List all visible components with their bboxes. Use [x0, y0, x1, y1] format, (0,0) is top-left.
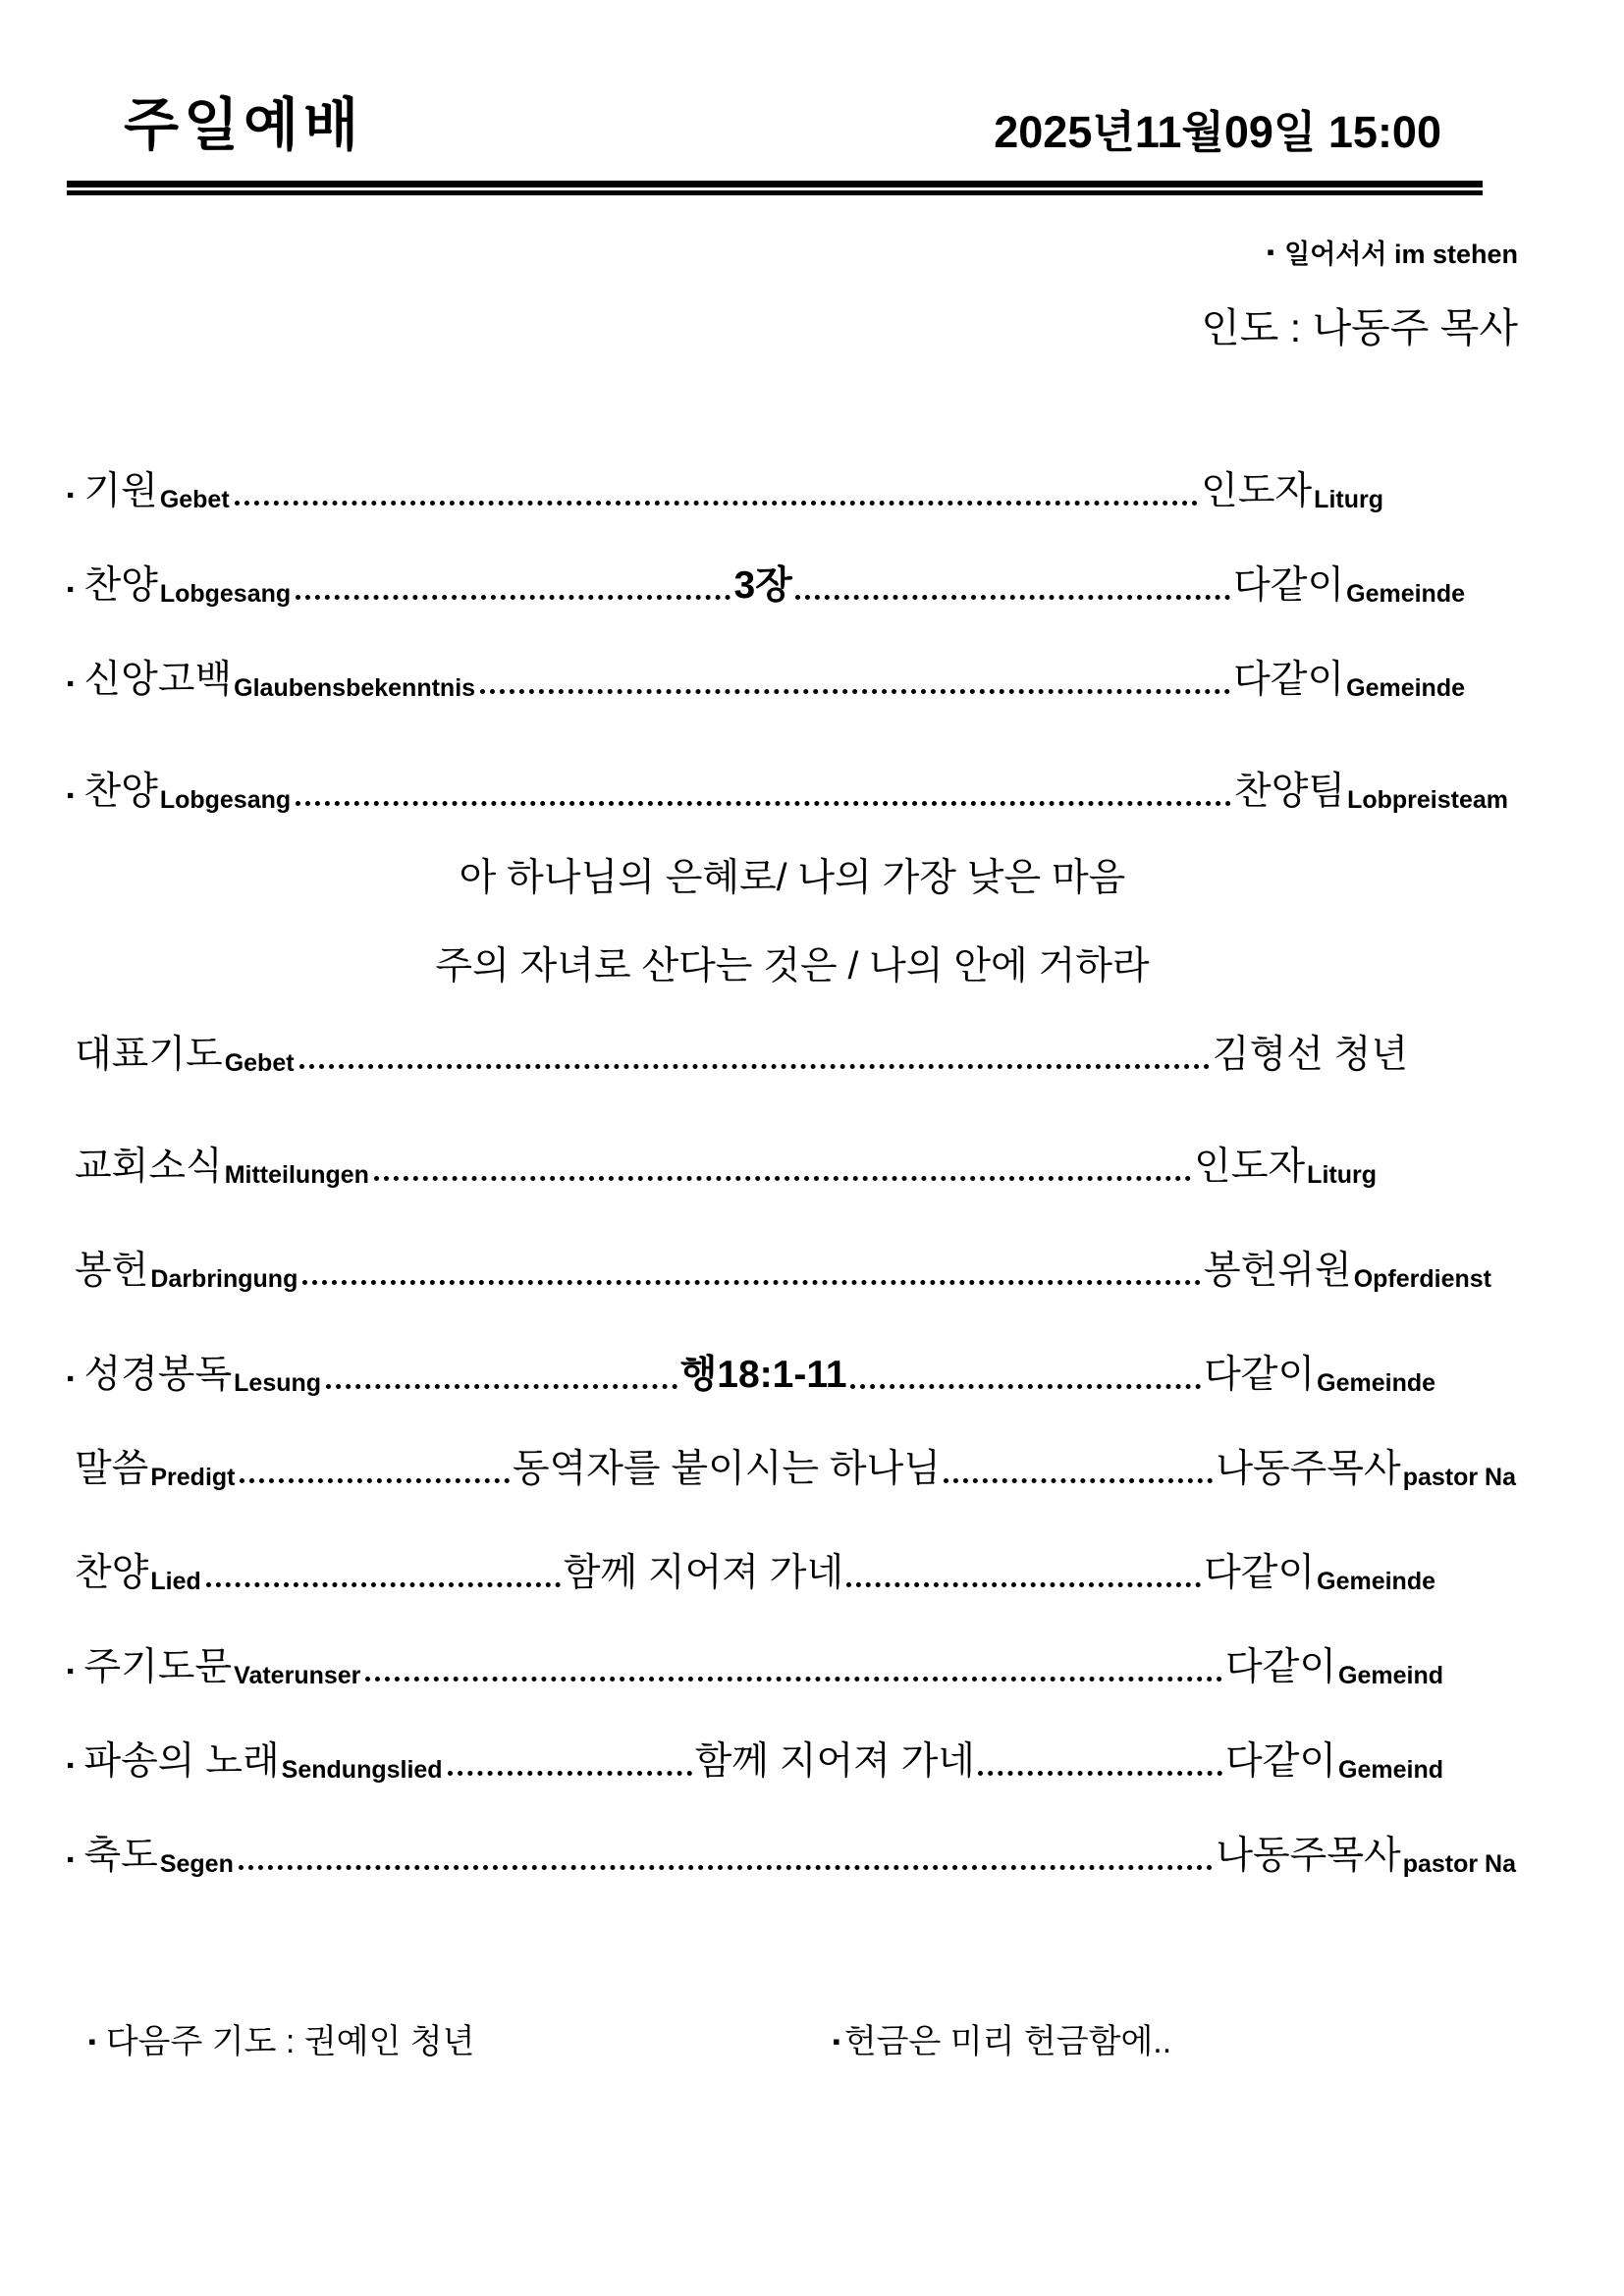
item-right-ko: 다같이 [1204, 1551, 1315, 1596]
standing-note-ko: 일어서서 [1284, 240, 1386, 269]
header-rule-bottom [67, 190, 1483, 195]
bullet-icon: ▪ [67, 673, 74, 703]
bullet-icon: ▪ [67, 485, 74, 514]
item-right-ko: 인도자 [1201, 469, 1312, 514]
bullet-icon: ▪ [67, 579, 74, 609]
item-right-ko: 찬양팀 [1234, 770, 1345, 815]
item-label-ko: 봉헌 [75, 1249, 148, 1294]
item-right-ko: 인도자 [1194, 1145, 1305, 1190]
item-label-de: Sendungslied [280, 1755, 445, 1785]
item-right-de: Gemeinde [1344, 579, 1467, 609]
dot-leader [850, 1384, 1202, 1389]
bullet-icon: ▪ [67, 1661, 74, 1690]
item-center: 함께 지어져 가네 [695, 1739, 975, 1785]
item-label-de: Segen [158, 1849, 236, 1879]
item-label-de: Lobgesang [158, 785, 293, 815]
footnote-next-week-prayer: ▪다음주 기도 : 권예인 청년 [88, 2014, 474, 2062]
dot-leader [365, 1677, 1222, 1682]
liturgy-row-predigt: 말씀 Predigt 동역자를 붙이시는 하나님 나동주목사 pastor Na [67, 1447, 1518, 1492]
dot-leader [296, 595, 731, 600]
item-label-ko: 파송의 노래 [83, 1739, 279, 1785]
item-label-ko: 교회소식 [75, 1145, 223, 1190]
dot-leader [326, 1384, 677, 1389]
item-right-de: Gemeind [1336, 1755, 1445, 1785]
liturgy-row-mitteilungen: 교회소식 Mitteilungen 인도자 Liturg [67, 1145, 1518, 1190]
item-right-ko: 나동주목사 [1216, 1447, 1400, 1492]
dot-leader [296, 801, 1231, 806]
item-center: 행18:1-11 [680, 1353, 847, 1398]
item-right-ko: 봉헌위원 [1204, 1249, 1352, 1294]
liturgy-row-darbringung: 봉헌 Darbringung 봉헌위원 Opferdienst [67, 1249, 1518, 1294]
liturgy-row-segen: ▪ 축도 Segen 나동주목사 pastor Na [67, 1834, 1518, 1879]
dot-leader [795, 595, 1230, 600]
item-right-de: Lobpreisteam [1345, 785, 1510, 815]
item-right-ko: 다같이 [1225, 1645, 1336, 1690]
standing-note: ▪일어서서 im stehen [67, 240, 1518, 270]
bullet-icon: ▪ [67, 1755, 74, 1785]
liturgy-row-lobgesang-2: ▪ 찬양 Lobgesang 찬양팀 Lobpreisteam [67, 770, 1518, 815]
song-line: 아 하나님의 은혜로/ 나의 가장 낮은 마음 [67, 856, 1518, 901]
item-right-de: Gemeinde [1315, 1368, 1437, 1398]
liturgy-row-gebet: ▪ 기원 Gebet 인도자 Liturg [67, 469, 1518, 514]
footnote-text: 헌금은 미리 헌금함에.. [844, 2023, 1171, 2060]
dot-leader [978, 1771, 1222, 1776]
item-right-de: Liturg [1312, 485, 1385, 514]
item-right-ko: 김형선 청년 [1213, 1033, 1408, 1078]
item-label-ko: 주기도문 [83, 1645, 232, 1690]
dot-leader [846, 1582, 1201, 1587]
song-line: 주의 자녀로 산다는 것은 / 나의 안에 거하라 [67, 944, 1518, 989]
item-right-ko: 나동주목사 [1216, 1834, 1400, 1879]
header: 주일예배 2025년11월09일 15:00 [67, 94, 1518, 157]
item-label-de: Darbringung [148, 1264, 299, 1294]
dot-leader [448, 1771, 692, 1776]
item-right-ko: 다같이 [1233, 658, 1344, 703]
bullet-icon: ▪ [67, 1849, 74, 1879]
bullet-icon: ▪ [67, 785, 74, 815]
dot-leader [944, 1478, 1213, 1483]
item-label-ko: 기원 [83, 469, 157, 514]
footnote-offering: ▪헌금은 미리 헌금함에.. [833, 2014, 1171, 2062]
item-label-de: Gebet [223, 1048, 297, 1078]
item-label-de: Lesung [232, 1368, 323, 1398]
dot-leader [480, 689, 1230, 694]
liturgy-row-glaubensbekenntnis: ▪ 신앙고백 Glaubensbekenntnis 다같이 Gemeinde [67, 658, 1518, 703]
item-center: 동역자를 붙이시는 하나님 [513, 1447, 941, 1492]
item-right-de: Gemeind [1336, 1661, 1445, 1690]
item-label-ko: 신앙고백 [83, 658, 232, 703]
header-rule-top [67, 181, 1483, 187]
item-right-ko: 다같이 [1233, 563, 1344, 609]
item-center: 함께 지어져 가네 [564, 1551, 843, 1596]
item-label-ko: 찬양 [75, 1551, 148, 1596]
standing-note-de: im stehen [1394, 240, 1518, 269]
header-rule [67, 181, 1518, 195]
item-center: 3장 [733, 563, 791, 609]
item-right-ko: 다같이 [1225, 1739, 1336, 1785]
liturgy-row-vaterunser: ▪ 주기도문 Vaterunser 다같이 Gemeind [67, 1645, 1518, 1690]
item-label-de: Vaterunser [232, 1661, 362, 1690]
item-right-de: Gemeinde [1315, 1567, 1437, 1596]
dot-leader [239, 1865, 1213, 1870]
bullet-icon: ▪ [833, 2029, 840, 2054]
item-label-ko: 축도 [83, 1834, 157, 1879]
item-label-de: Gebet [158, 485, 232, 514]
liturgy-row-lobgesang-1: ▪ 찬양 Lobgesang 3장 다같이 Gemeinde [67, 563, 1518, 609]
item-right-de: Gemeinde [1344, 673, 1467, 703]
bullet-icon: ▪ [67, 1368, 74, 1398]
item-right-ko: 다같이 [1204, 1353, 1315, 1398]
dot-leader [206, 1582, 561, 1587]
item-right-de: Liturg [1305, 1160, 1379, 1190]
item-label-de: Lobgesang [158, 579, 293, 609]
dot-leader [374, 1176, 1191, 1181]
service-leader-line: 인도 : 나동주 목사 [67, 304, 1518, 352]
liturgy-row-lesung: ▪ 성경봉독 Lesung 행18:1-11 다같이 Gemeinde [67, 1353, 1518, 1398]
dot-leader [302, 1280, 1201, 1285]
item-right-de: pastor Na [1401, 1849, 1518, 1879]
service-datetime: 2025년11월09일 15:00 [994, 108, 1441, 157]
liturgy-list: ▪ 기원 Gebet 인도자 Liturg ▪ 찬양 Lobgesang 3장 … [67, 469, 1518, 1879]
item-label-ko: 찬양 [83, 563, 157, 609]
item-right-de: Opferdienst [1352, 1264, 1493, 1294]
dot-leader [235, 501, 1198, 506]
liturgy-row-lied: 찬양 Lied 함께 지어져 가네 다같이 Gemeinde [67, 1551, 1518, 1596]
item-label-ko: 대표기도 [75, 1033, 223, 1078]
dot-leader [299, 1064, 1210, 1069]
footnote-text: 다음주 기도 : 권예인 청년 [106, 2023, 475, 2060]
bulletin-page: 주일예배 2025년11월09일 15:00 ▪일어서서 im stehen 인… [0, 0, 1624, 2296]
page-title: 주일예배 [124, 94, 363, 157]
bullet-icon: ▪ [88, 2029, 96, 2054]
item-label-de: Glaubensbekenntnis [232, 673, 477, 703]
dot-leader [240, 1478, 509, 1483]
liturgy-row-sendungslied: ▪ 파송의 노래 Sendungslied 함께 지어져 가네 다같이 Geme… [67, 1739, 1518, 1785]
footnotes: ▪다음주 기도 : 권예인 청년 ▪헌금은 미리 헌금함에.. [67, 2014, 1518, 2059]
item-label-ko: 말씀 [75, 1447, 148, 1492]
bullet-icon: ▪ [1267, 240, 1274, 264]
item-right-de: pastor Na [1401, 1463, 1518, 1492]
liturgy-row-gebet-2: 대표기도 Gebet 김형선 청년 [67, 1033, 1518, 1078]
item-label-ko: 찬양 [83, 770, 157, 815]
item-label-ko: 성경봉독 [83, 1353, 232, 1398]
item-label-de: Mitteilungen [223, 1160, 371, 1190]
item-label-de: Lied [148, 1567, 202, 1596]
item-label-de: Predigt [148, 1463, 237, 1492]
